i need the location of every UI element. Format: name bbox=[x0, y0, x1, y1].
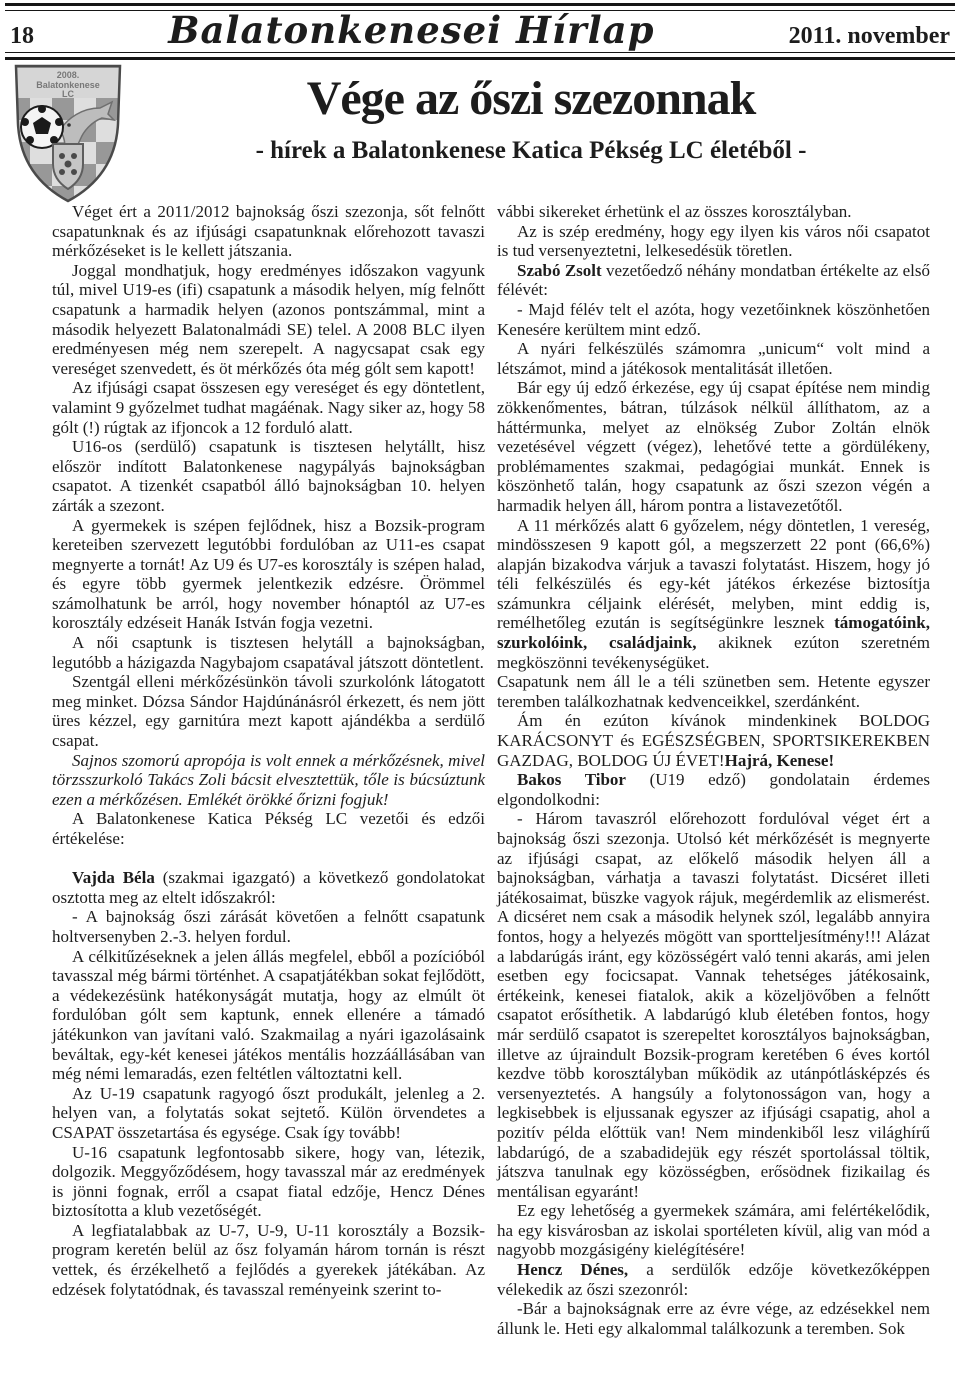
paragraph: A 11 mérkőzés alatt 6 győzelem, négy dön… bbox=[497, 516, 930, 673]
paragraph: A célkitűzéseknek a jelen állás megfelel… bbox=[52, 947, 485, 1084]
text-run: - Három tavaszról előrehozott fordulóval… bbox=[497, 809, 930, 1200]
paragraph: vábbi sikereket érhetünk el az összes ko… bbox=[497, 202, 930, 222]
article-header: Vége az őszi szezonnak - hírek a Balaton… bbox=[130, 74, 932, 165]
paragraph: Véget ért a 2011/2012 bajnokság őszi sze… bbox=[52, 202, 485, 261]
text-run: A Balatonkenese Katica Pékség LC vezetői… bbox=[52, 809, 485, 848]
text-run: - Majd félév telt el azóta, hogy vezetői… bbox=[497, 300, 930, 339]
soccer-ball-icon bbox=[21, 105, 63, 148]
text-run: vábbi sikereket érhetünk el az összes ko… bbox=[497, 202, 852, 221]
paragraph: Szentgál elleni mérkőzésünkön távoli szu… bbox=[52, 672, 485, 750]
paragraph: Ám én ezúton kívánok mindenkinek BOLDOG … bbox=[497, 711, 930, 770]
paragraph: Csapatunk nem áll le a téli szünetben se… bbox=[497, 672, 930, 711]
text-run: Szentgál elleni mérkőzésünkön távoli szu… bbox=[52, 672, 485, 750]
crest-year-label: 2008. bbox=[57, 70, 80, 80]
paragraph: - Három tavaszról előrehozott fordulóval… bbox=[497, 809, 930, 1201]
newspaper-title: Balatonkenesei Hírlap bbox=[34, 8, 789, 52]
text-run: Joggal mondhatjuk, hogy eredményes idősz… bbox=[52, 261, 485, 378]
text-run: A célkitűzéseknek a jelen állás megfelel… bbox=[52, 947, 485, 1084]
text-run: Bár egy új edző érkezése, egy új csapat … bbox=[497, 378, 930, 515]
paragraph: Az is szép eredmény, hogy egy ilyen kis … bbox=[497, 222, 930, 261]
paragraph: -Bár a bajnokságnak erre az évre vége, a… bbox=[497, 1299, 930, 1338]
paragraph: Az ifjúsági csapat összesen egy veresége… bbox=[52, 378, 485, 437]
text-run: A legfiatalabbak az U-7, U-9, U-11 koros… bbox=[52, 1221, 485, 1299]
text-run: Csapatunk nem áll le a téli szünetben se… bbox=[497, 672, 930, 711]
text-run: A női csaptunk is tisztesen helytáll a b… bbox=[52, 633, 485, 672]
bold-text-run: Hajrá, Kenese! bbox=[725, 751, 835, 770]
paragraph: Az U-19 csapatunk ragyogó őszt produkált… bbox=[52, 1084, 485, 1143]
paragraph: Joggal mondhatjuk, hogy eredményes idősz… bbox=[52, 261, 485, 379]
club-crest-shield: 2008. Balatonkenese LC bbox=[8, 64, 128, 204]
issue-date: 2011. november bbox=[789, 23, 950, 50]
paragraph: Szabó Zsolt vezetőedző néhány mondatban … bbox=[497, 261, 930, 300]
page-number: 18 bbox=[10, 23, 34, 50]
club-logo: 2008. Balatonkenese LC bbox=[8, 64, 128, 204]
newspaper-page: 18 Balatonkenesei Hírlap 2011. november … bbox=[0, 0, 960, 1384]
text-run: Az U-19 csapatunk ragyogó őszt produkált… bbox=[52, 1084, 485, 1142]
paragraph: A gyermekek is szépen fejlődnek, hisz a … bbox=[52, 516, 485, 634]
bold-text-run: Bakos Tibor bbox=[517, 770, 626, 789]
text-run: Ez egy lehetőség a gyermekek számára, am… bbox=[497, 1201, 930, 1259]
page-header: 18 Balatonkenesei Hírlap 2011. november bbox=[0, 8, 960, 52]
column-right: vábbi sikereket érhetünk el az összes ko… bbox=[497, 202, 930, 1338]
bold-text-run: Vajda Béla bbox=[72, 868, 155, 887]
text-run: Ám én ezúton kívánok mindenkinek BOLDOG … bbox=[497, 711, 930, 769]
paragraph: Sajnos szomorú apropója is volt ennek a … bbox=[52, 751, 485, 810]
text-run: Az is szép eredmény, hogy egy ilyen kis … bbox=[497, 222, 930, 261]
paragraph: A nyári felkészülés számomra „unicum“ vo… bbox=[497, 339, 930, 378]
text-run: Véget ért a 2011/2012 bajnokság őszi sze… bbox=[52, 202, 485, 260]
paragraph: U-16 csapatunk legfontosabb sikere, hogy… bbox=[52, 1143, 485, 1221]
double-rule-header-bottom bbox=[5, 52, 955, 60]
paragraph: Vajda Béla (szakmai igazgató) a következ… bbox=[52, 868, 485, 907]
paragraph: A női csaptunk is tisztesen helytáll a b… bbox=[52, 633, 485, 672]
text-run: - A bajnokság őszi zárását követően a fe… bbox=[52, 907, 485, 946]
text-run: Sajnos szomorú apropója is volt ennek a … bbox=[52, 751, 485, 809]
paragraph: U16-os (serdülő) csapatunk is tisztesen … bbox=[52, 437, 485, 515]
text-run: U16-os (serdülő) csapatunk is tisztesen … bbox=[52, 437, 485, 515]
paragraph: Hencz Dénes, a serdülők edzője következő… bbox=[497, 1260, 930, 1299]
paragraph: Ez egy lehetőség a gyermekek számára, am… bbox=[497, 1201, 930, 1260]
paragraph: Bakos Tibor (U19 edző) gondolatain érdem… bbox=[497, 770, 930, 809]
bold-text-run: Hencz Dénes, bbox=[517, 1260, 628, 1279]
article-body: Véget ért a 2011/2012 bajnokság őszi sze… bbox=[52, 202, 930, 1338]
article-title: Vége az őszi szezonnak bbox=[130, 74, 932, 124]
paragraph: Bár egy új edző érkezése, egy új csapat … bbox=[497, 378, 930, 515]
article-subtitle: - hírek a Balatonkenese Katica Pékség LC… bbox=[130, 137, 932, 165]
text-run: A gyermekek is szépen fejlődnek, hisz a … bbox=[52, 516, 485, 633]
paragraph: - Majd félév telt el azóta, hogy vezetői… bbox=[497, 300, 930, 339]
text-run: A nyári felkészülés számomra „unicum“ vo… bbox=[497, 339, 930, 378]
crest-lc-label: LC bbox=[62, 89, 74, 99]
paragraph: A Balatonkenese Katica Pékség LC vezetői… bbox=[52, 809, 485, 848]
paragraph: A legfiatalabbak az U-7, U-9, U-11 koros… bbox=[52, 1221, 485, 1299]
column-left: Véget ért a 2011/2012 bajnokság őszi sze… bbox=[52, 202, 485, 1338]
bold-text-run: Szabó Zsolt bbox=[517, 261, 602, 280]
text-run: -Bár a bajnokságnak erre az évre vége, a… bbox=[497, 1299, 930, 1338]
text-run: U-16 csapatunk legfontosabb sikere, hogy… bbox=[52, 1143, 485, 1221]
paragraph: - A bajnokság őszi zárását követően a fe… bbox=[52, 907, 485, 946]
text-run: Az ifjúsági csapat összesen egy veresége… bbox=[52, 378, 485, 436]
